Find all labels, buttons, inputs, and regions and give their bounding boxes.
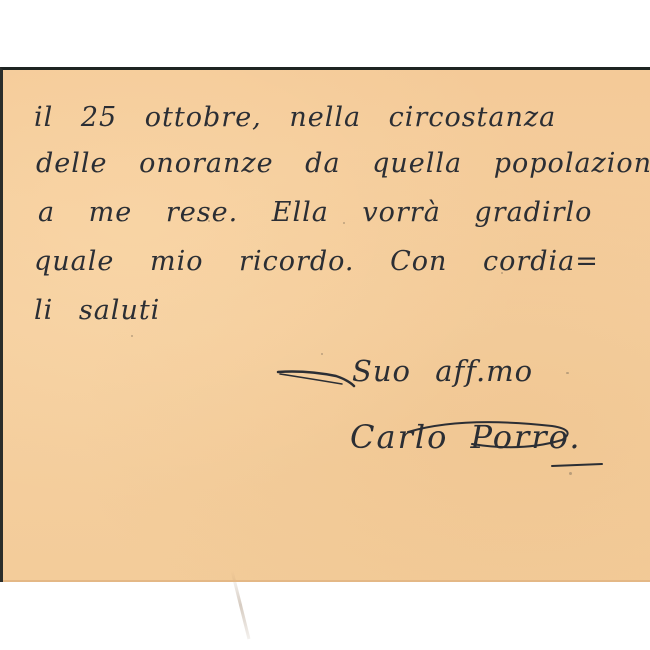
letter-closing: Suo aff.mo [352, 354, 533, 388]
closing-flourish-stroke [276, 368, 356, 390]
page: il 25 ottobre, nella circostanza delle o… [0, 0, 650, 650]
paper-speck [131, 335, 133, 337]
paper-crease [231, 571, 251, 640]
letter-signature: Carlo Porro. [350, 418, 582, 456]
paper-speck [566, 372, 569, 374]
letter-line-1: il 25 ottobre, nella circostanza [34, 102, 556, 133]
letter-line-4: quale mio ricordo. Con cordia= [34, 246, 599, 277]
letter-line-2: delle onoranze da quella popolazione [36, 148, 650, 179]
letter-line-3: a me rese. Ella vorrà gradirlo [38, 197, 592, 228]
paper-speck [321, 353, 323, 355]
letter-line-5: li saluti [34, 295, 160, 326]
paper-speck [569, 472, 572, 475]
